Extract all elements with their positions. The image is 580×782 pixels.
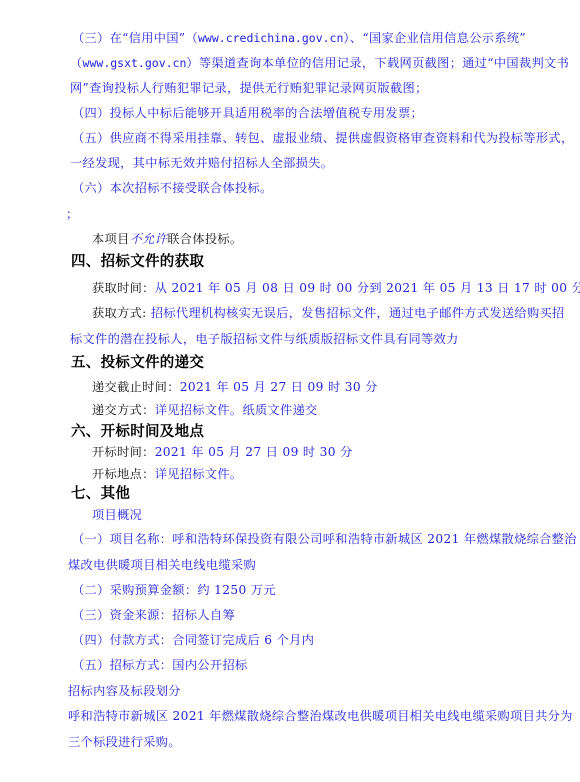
requirement-item-3-line-1: （三）在“信用中国”（www.credichina.gov.cn）、“国家企业信… bbox=[72, 30, 526, 46]
consortium-suffix: 联合体投标。 bbox=[167, 232, 242, 246]
section-7-heading: 七、其他 bbox=[71, 485, 130, 503]
section-4-method-line-2: 标文件的潜在投标人，电子版招标文件与纸质版招标文件具有同等效力 bbox=[70, 331, 459, 347]
section-4-time: 获取时间：从 2021 年 05 月 08 日 09 时 00 分到 2021 … bbox=[92, 280, 580, 296]
consortium-prefix: 本项目 bbox=[92, 232, 130, 246]
method-label: 递交方式： bbox=[92, 403, 155, 417]
section-5-heading: 五、投标文件的递交 bbox=[71, 354, 204, 372]
section-4-heading: 四、招标文件的获取 bbox=[71, 253, 204, 271]
section-6-time: 开标时间：2021 年 05 月 27 日 09 时 30 分 bbox=[92, 444, 353, 460]
requirement-text: （三）在“信用中国”（ bbox=[72, 31, 198, 45]
funding-source: （三）资金来源：招标人自筹 bbox=[72, 607, 235, 623]
overview-title: 项目概况 bbox=[92, 507, 142, 523]
project-name-line-1: （一）项目名称：呼和浩特环保投资有限公司呼和浩特市新城区 2021 年燃煤散烧综… bbox=[72, 531, 577, 547]
consortium-value: 不允许 bbox=[130, 232, 168, 246]
budget-amount: （二）采购预算金额：约 1250 万元 bbox=[72, 582, 276, 598]
requirement-item-3-line-2: （www.gsxt.gov.cn）等渠道查询本单位的信用记录，下载网页截图；通过… bbox=[70, 55, 569, 71]
section-6-place: 开标地点：详见招标文件。 bbox=[92, 466, 242, 482]
time-label: 开标时间： bbox=[92, 445, 155, 459]
requirement-item-6: （六）本次招标不接受联合体投标。 bbox=[72, 180, 273, 196]
requirement-item-3-line-3: 网”查询投标人行贿犯罪记录，提供无行贿犯罪记录网页版截图； bbox=[70, 80, 428, 96]
section-6-heading: 六、开标时间及地点 bbox=[71, 423, 204, 441]
requirement-item-4: （四）投标人中标后能够开具适用税率的合法增值税专用发票； bbox=[72, 105, 423, 121]
consortium-statement: 本项目不允许联合体投标。 bbox=[92, 231, 242, 247]
place-value: 详见招标文件。 bbox=[155, 467, 243, 481]
time-label: 获取时间： bbox=[92, 281, 155, 295]
tender-method: （五）招标方式：国内公开招标 bbox=[72, 657, 248, 673]
section-5-method: 递交方式：详见招标文件。纸质文件递交 bbox=[92, 402, 318, 418]
lots-description-line-2: 三个标段进行采购。 bbox=[68, 734, 181, 750]
deadline-label: 递交截止时间： bbox=[92, 380, 180, 394]
time-value: 2021 年 05 月 27 日 09 时 30 分 bbox=[155, 445, 353, 459]
deadline-value: 2021 年 05 月 27 日 09 时 30 分 bbox=[180, 380, 378, 394]
section-5-deadline: 递交截止时间：2021 年 05 月 27 日 09 时 30 分 bbox=[92, 379, 378, 395]
requirement-text: ）、“国家企业信用信息公示系统” bbox=[343, 31, 526, 45]
project-name-line-2: 煤改电供暖项目相关电线电缆采购 bbox=[68, 557, 256, 573]
stray-semicolon: ； bbox=[66, 206, 79, 222]
requirement-text: （ bbox=[70, 56, 83, 70]
requirement-item-5-line-1: （五）供应商不得采用挂靠、转包、虚报业绩、提供虚假资格审查资料和代为投标等形式， bbox=[72, 130, 574, 146]
lots-description-line-1: 呼和浩特市新城区 2021 年燃煤散烧综合整治煤改电供暖项目相关电线电缆采购项目… bbox=[68, 708, 573, 724]
time-value: 从 2021 年 05 月 08 日 09 时 00 分到 2021 年 05 … bbox=[155, 281, 580, 295]
credit-china-url: www.credichina.gov.cn bbox=[198, 31, 343, 45]
method-label: 获取方式: bbox=[92, 306, 147, 320]
section-4-method-line-1: 获取方式: 招标代理机构核实无误后，发售招标文件，通过电子邮件方式发送给购买招 bbox=[92, 305, 565, 321]
gsxt-url: www.gsxt.gov.cn bbox=[83, 56, 187, 70]
requirement-item-5-line-2: 一经发现，其中标无效并赔付招标人全部损失。 bbox=[70, 155, 333, 171]
payment-method: （四）付款方式：合同签订完成后 6 个月内 bbox=[72, 632, 314, 648]
method-value: 详见招标文件。纸质文件递交 bbox=[155, 403, 318, 417]
requirement-text: ）等渠道查询本单位的信用记录，下载网页截图；通过“中国裁判文书 bbox=[186, 56, 569, 70]
place-label: 开标地点： bbox=[92, 467, 155, 481]
lots-title: 招标内容及标段划分 bbox=[68, 683, 181, 699]
method-value: 招标代理机构核实无误后，发售招标文件，通过电子邮件方式发送给购买招 bbox=[151, 306, 565, 320]
document-page: （三）在“信用中国”（www.credichina.gov.cn）、“国家企业信… bbox=[0, 0, 580, 782]
